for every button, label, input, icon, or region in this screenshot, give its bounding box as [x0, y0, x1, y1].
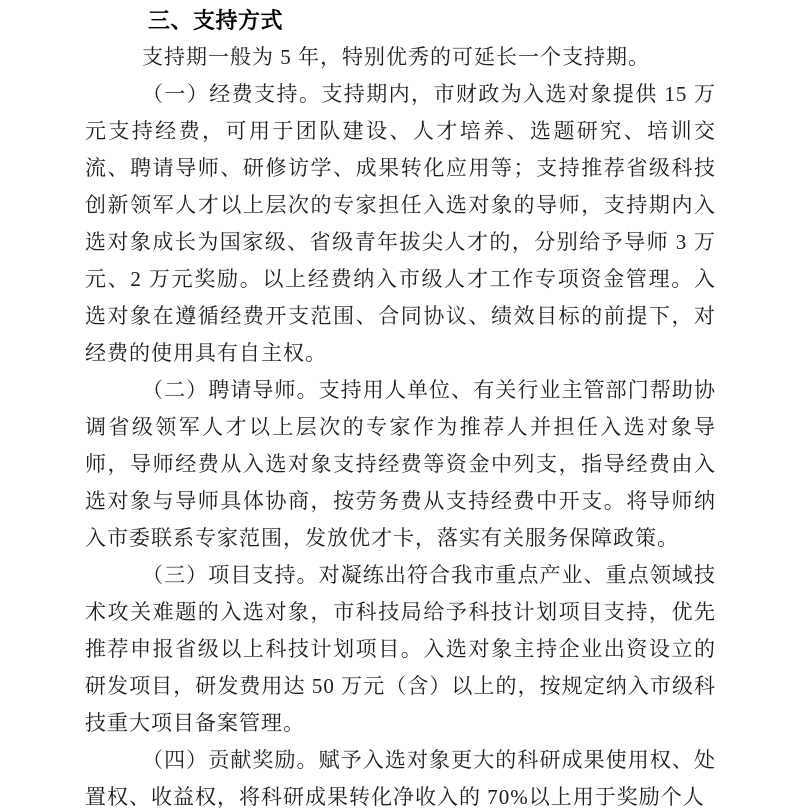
paragraph-mentor-hiring: （二）聘请导师。支持用人单位、有关行业主管部门帮助协调省级领军人才以上层次的专家…	[85, 372, 716, 557]
paragraph-support-period: 支持期一般为 5 年，特别优秀的可延长一个支持期。	[85, 39, 716, 76]
section-heading: 三、支持方式	[85, 0, 716, 39]
paragraph-funding-support: （一）经费支持。支持期内，市财政为入选对象提供 15 万元支持经费，可用于团队建…	[85, 76, 716, 372]
paragraph-contribution-reward: （四）贡献奖励。赋予入选对象更大的科研成果使用权、处置权、收益权，将科研成果转化…	[85, 742, 716, 810]
paragraph-project-support: （三）项目支持。对凝练出符合我市重点产业、重点领域技术攻关难题的入选对象，市科技…	[85, 557, 716, 742]
document-page: 三、支持方式 支持期一般为 5 年，特别优秀的可延长一个支持期。 （一）经费支持…	[85, 0, 716, 810]
